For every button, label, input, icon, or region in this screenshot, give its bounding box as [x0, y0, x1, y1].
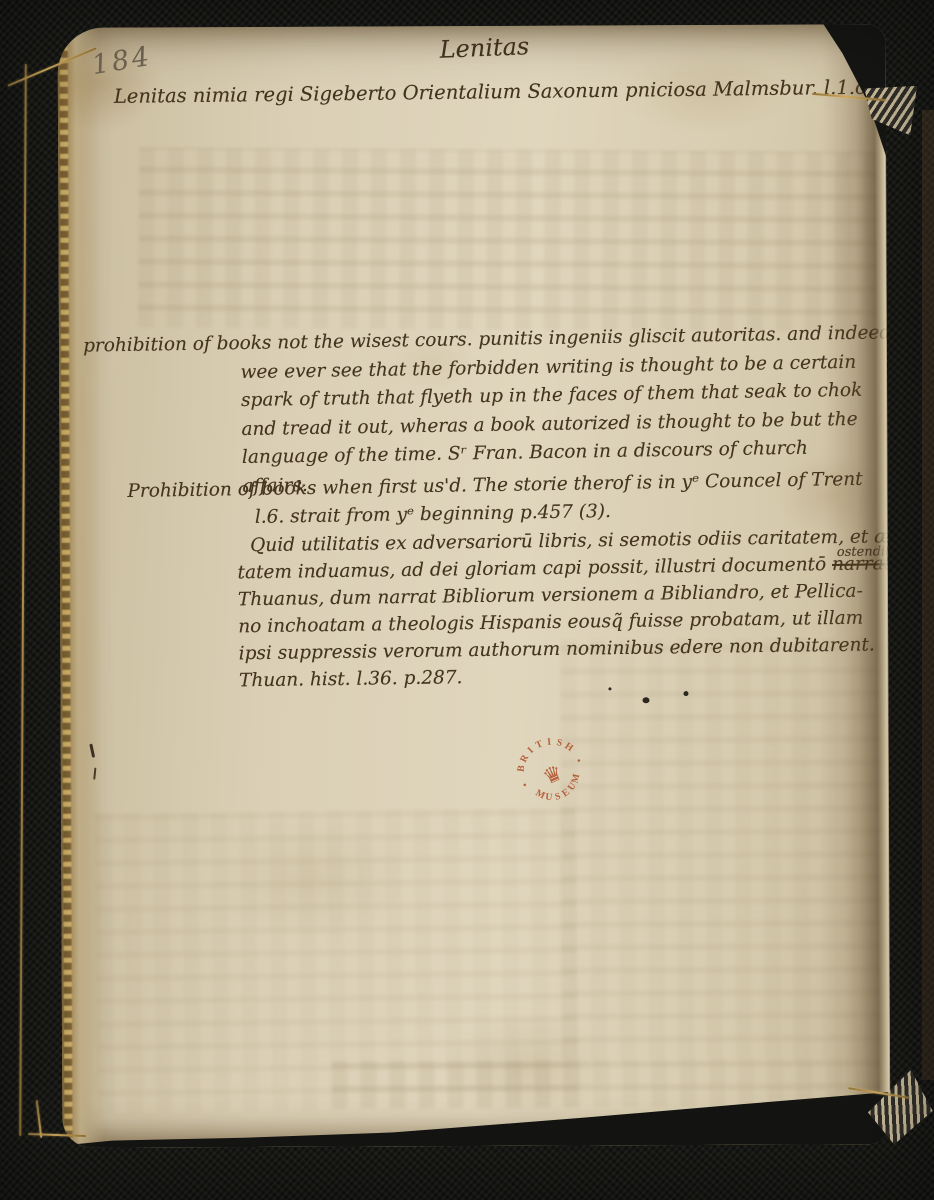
note-thuanus: Quid utilitatis ex adversariorū libris, …: [237, 523, 890, 695]
svg-text:R: R: [518, 752, 531, 764]
svg-text:M: M: [569, 773, 582, 785]
crown-icon: ♛: [539, 759, 566, 790]
svg-text:T: T: [534, 738, 545, 751]
stamp-dot: [523, 783, 526, 786]
svg-text:I: I: [526, 745, 536, 756]
svg-text:H: H: [563, 741, 576, 755]
svg-text:S: S: [555, 737, 564, 749]
svg-text:B: B: [516, 764, 528, 772]
page-fold-shadow: [822, 24, 891, 1144]
manuscript-page: 184 Lenitas Lenitas nimia regi Sigeberto…: [58, 24, 891, 1148]
page-heading: Lenitas: [439, 32, 530, 63]
svg-text:I: I: [547, 737, 552, 748]
ink-speck: [608, 687, 611, 690]
ink-speck: [683, 691, 688, 696]
adjacent-leaves-edge: [922, 110, 934, 1080]
svg-text:U: U: [545, 791, 553, 803]
stamp-dot: [577, 759, 580, 762]
ink-speck: [642, 697, 649, 703]
